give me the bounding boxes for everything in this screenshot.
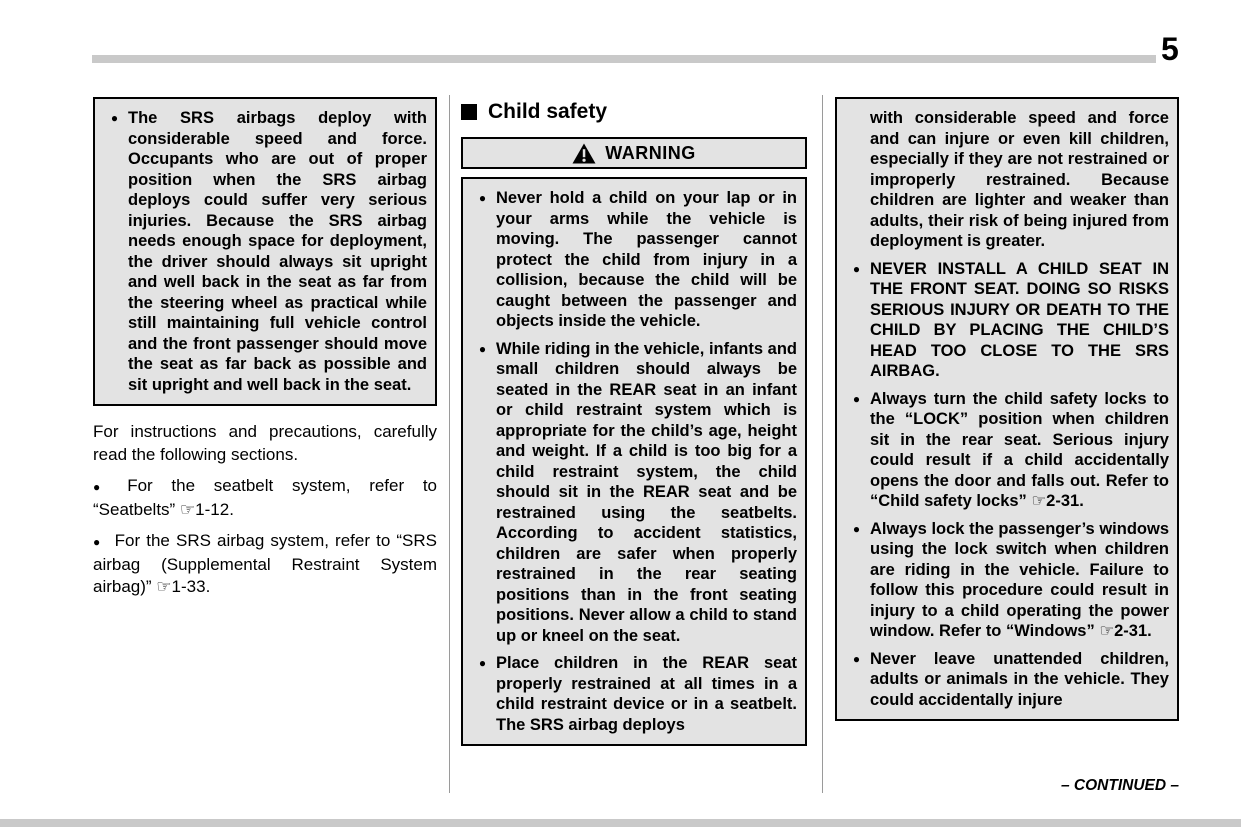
- section-heading: Child safety: [461, 100, 807, 123]
- warning-bullet-text: Never leave unattended children, adults …: [870, 649, 1169, 711]
- warning-triangle-icon: [572, 143, 596, 164]
- bullet-icon: ●: [469, 653, 496, 735]
- bullet-icon: ●: [469, 188, 496, 332]
- seatbelt-ref-item: ●For the seatbelt system, refer to “Seat…: [93, 475, 437, 521]
- intro-text: For instructions and precautions, carefu…: [93, 421, 437, 466]
- warning-bullet-text: While riding in the vehicle, infants and…: [496, 339, 797, 647]
- warning-label: WARNING: [605, 143, 696, 164]
- bullet-icon: ●: [843, 649, 870, 711]
- warning-continuation-box: with considerable speed and force and ca…: [835, 97, 1179, 721]
- srs-warning-box: ● The SRS airbags deploy with considerab…: [93, 97, 437, 406]
- manual-page: 5 ● The SRS airbags deploy with consider…: [0, 0, 1241, 827]
- seatbelt-ref-text: For the seatbelt system, refer to “Seatb…: [93, 476, 437, 519]
- list-item: ● Place children in the REAR seat proper…: [469, 653, 797, 735]
- continued-marker: – CONTINUED –: [1061, 777, 1179, 795]
- srs-warning-text: The SRS airbags deploy with considerable…: [128, 108, 427, 395]
- warning-body-box: ● Never hold a child on your lap or in y…: [461, 177, 807, 746]
- bullet-icon: ●: [93, 535, 102, 549]
- list-item: ● Always turn the child safety locks to …: [843, 389, 1169, 512]
- list-item: ● Never hold a child on your lap or in y…: [469, 188, 797, 332]
- continuation-text: with considerable speed and force and ca…: [870, 108, 1169, 252]
- warning-bullet-text: NEVER INSTALL A CHILD SEAT IN THE FRONT …: [870, 259, 1169, 382]
- warning-bullet-text: Never hold a child on your lap or in you…: [496, 188, 797, 332]
- list-item: ● Always lock the passenger’s windows us…: [843, 519, 1169, 642]
- left-column: ● The SRS airbags deploy with considerab…: [93, 97, 437, 599]
- section-title: Child safety: [488, 100, 607, 123]
- bullet-icon: ●: [469, 339, 496, 647]
- column-divider-left: [449, 95, 450, 793]
- warning-bullet-text: Always lock the passenger’s windows usin…: [870, 519, 1169, 642]
- bullet-icon: ●: [93, 480, 114, 494]
- column-divider-right: [822, 95, 823, 793]
- list-item: ● The SRS airbags deploy with considerab…: [101, 108, 427, 395]
- list-item: ● Never leave unattended children, adult…: [843, 649, 1169, 711]
- warning-bullet-text: Always turn the child safety locks to th…: [870, 389, 1169, 512]
- page-number: 5: [1161, 33, 1179, 65]
- warning-bullet-text: Place children in the REAR seat properly…: [496, 653, 797, 735]
- right-column: with considerable speed and force and ca…: [835, 97, 1179, 721]
- bottom-rule: [0, 819, 1241, 827]
- bullet-icon: ●: [843, 389, 870, 512]
- srs-airbag-ref-text: For the SRS airbag system, refer to “SRS…: [93, 531, 437, 596]
- heading-square-icon: [461, 104, 477, 120]
- list-item: ● NEVER INSTALL A CHILD SEAT IN THE FRON…: [843, 259, 1169, 382]
- middle-column: Child safety WARNING ● Never hold a chil…: [461, 97, 807, 746]
- list-item: ● While riding in the vehicle, infants a…: [469, 339, 797, 647]
- bullet-icon: ●: [843, 519, 870, 642]
- warning-header: WARNING: [461, 137, 807, 169]
- bullet-icon: ●: [843, 259, 870, 382]
- bullet-icon: ●: [101, 108, 128, 395]
- top-rule: [92, 55, 1156, 63]
- srs-airbag-ref-item: ●For the SRS airbag system, refer to “SR…: [93, 530, 437, 599]
